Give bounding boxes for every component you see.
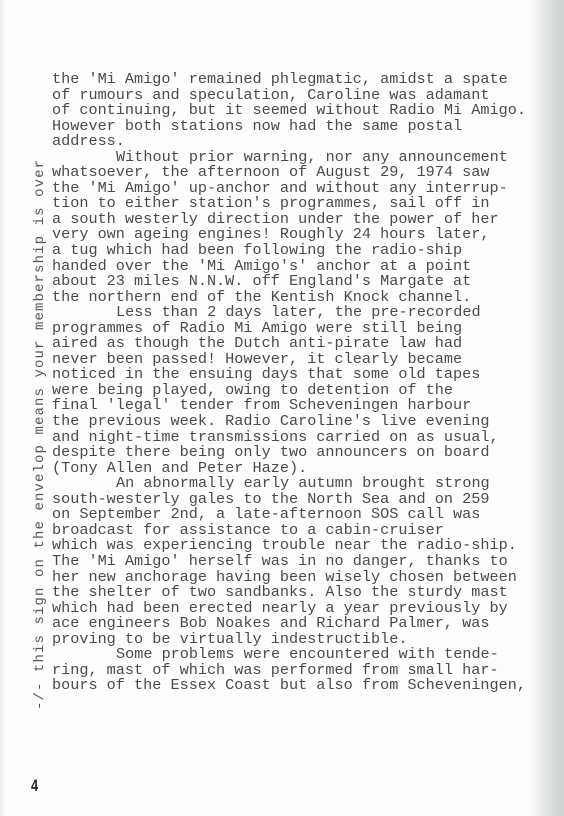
text-line: However both stations now had the same p… (52, 119, 542, 135)
body-text: the 'Mi Amigo' remained phlegmatic, amid… (52, 72, 542, 694)
page-number: 4 (31, 776, 38, 796)
page-left-edge-shadow (0, 0, 6, 816)
margin-membership-note: -/- this sign on the envelop means your … (33, 159, 47, 710)
text-line: bours of the Essex Coast but also from S… (52, 678, 542, 694)
